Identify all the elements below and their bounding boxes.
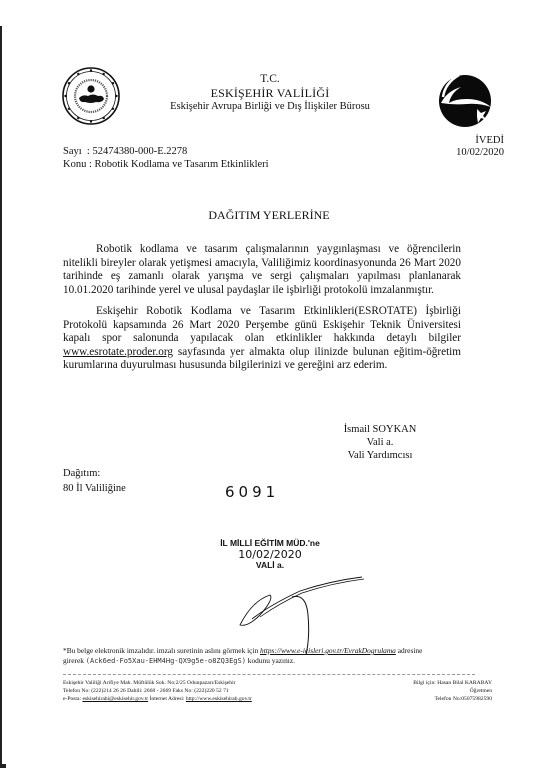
distribution-label: Dağıtım: (63, 466, 126, 481)
footer-email-label: e-Posta: (63, 696, 81, 702)
signatory-role: Vali Yardımcısı (300, 449, 460, 462)
body-paragraph-2: Eskişehir Robotik Kodlama ve Tasarım Etk… (63, 305, 461, 373)
priority-label: İVEDİ (430, 135, 504, 147)
handwritten-number: 6091 (225, 483, 279, 501)
footer-web-label: İnternet Adresi: (150, 696, 185, 702)
eu-office-logo-icon (437, 73, 493, 129)
note-text: adresine (396, 646, 422, 655)
letterhead-institution: ESKİŞEHİR VALİLİĞİ (140, 86, 400, 100)
handwritten-signature (230, 575, 370, 655)
paragraph-text: Eskişehir Robotik Kodlama ve Tasarım Etk… (63, 305, 461, 344)
footer-email-link[interactable]: eskisehirabi@eskisehir.gov.tr (82, 696, 148, 702)
document-meta: Sayı : 52474380-000-E.2278 Konu : Roboti… (63, 145, 269, 171)
sayi-row: Sayı : 52474380-000-E.2278 (63, 145, 269, 158)
contact-person: Bilgi için: Hasan Bilal KARABAY (380, 679, 492, 687)
priority-block: İVEDİ 10/02/2020 (430, 135, 504, 159)
konu-row: Konu : Robotik Kodlama ve Tasarım Etkinl… (63, 158, 269, 171)
letterhead-office: Eskişehir Avrupa Birliği ve Dış İlişkile… (140, 100, 400, 114)
note-text: girerek (63, 656, 86, 665)
verification-link[interactable]: https://www.e-icisleri.gov.tr/EvrakDogru… (260, 646, 396, 655)
body-paragraph-1: Robotik kodlama ve tasarım çalışmalarını… (63, 243, 461, 297)
esrotate-link[interactable]: www.esrotate.proder.org (63, 346, 173, 358)
e-signature-note: *Bu belge elektronik imzalıdır. imzalı s… (63, 646, 483, 666)
distribution-recipient: 80 İl Valiliğine (63, 481, 126, 496)
footer-web-link[interactable]: http://www.eskisehirab.gov.tr (186, 696, 252, 702)
note-text: kodunu yazınız. (246, 656, 295, 665)
sayi-label: Sayı (63, 146, 82, 157)
paragraph-text: Robotik kodlama ve tasarım çalışmalarını… (63, 243, 461, 297)
received-stamp: İL MİLLİ EĞİTİM MÜD.'ne 10/02/2020 VALİ … (205, 538, 335, 571)
signatory-block: İsmail SOYKAN Vali a. Vali Yardımcısı (300, 423, 460, 462)
footer-phone: Telefon No: (222)214 26 26 Dahili: 2668 … (63, 687, 363, 695)
state-seal-icon (61, 66, 121, 126)
contact-role: Öğretmen (380, 687, 492, 695)
addressee-heading: DAĞITIM YERLERİNE (0, 208, 538, 223)
signatory-title: Vali a. (300, 436, 460, 449)
letterhead-tc: T.C. (140, 72, 400, 86)
sayi-value: 52474380-000-E.2278 (92, 146, 187, 157)
konu-label: Konu (63, 159, 86, 170)
verification-code: (Ack6ed-Fo5Xau-EHM4Hg-QX9g5e-o8ZQ3EgS) (86, 657, 246, 665)
scan-edge-corner (0, 764, 6, 768)
footer-address: Eskişehir Valiliği Arifiye Mah. Müftülük… (63, 679, 363, 687)
document-date: 10/02/2020 (430, 147, 504, 159)
distribution-block: Dağıtım: 80 İl Valiliğine (63, 466, 126, 496)
contact-phone: Telefon No:05075982590 (380, 695, 492, 703)
footer-divider (63, 674, 475, 675)
note-text: *Bu belge elektronik imzalıdır. imzalı s… (63, 646, 260, 655)
footer-contact: Eskişehir Valiliği Arifiye Mah. Müftülük… (63, 679, 363, 704)
konu-value: Robotik Kodlama ve Tasarım Etkinlikleri (95, 159, 269, 170)
scan-edge (0, 26, 2, 768)
signatory-name: İsmail SOYKAN (300, 423, 460, 436)
stamp-date: 10/02/2020 (205, 549, 335, 560)
stamp-vali: VALİ a. (205, 560, 335, 571)
letterhead: T.C. ESKİŞEHİR VALİLİĞİ Eskişehir Avrupa… (140, 72, 400, 114)
footer-info-contact: Bilgi için: Hasan Bilal KARABAY Öğretmen… (380, 679, 492, 704)
